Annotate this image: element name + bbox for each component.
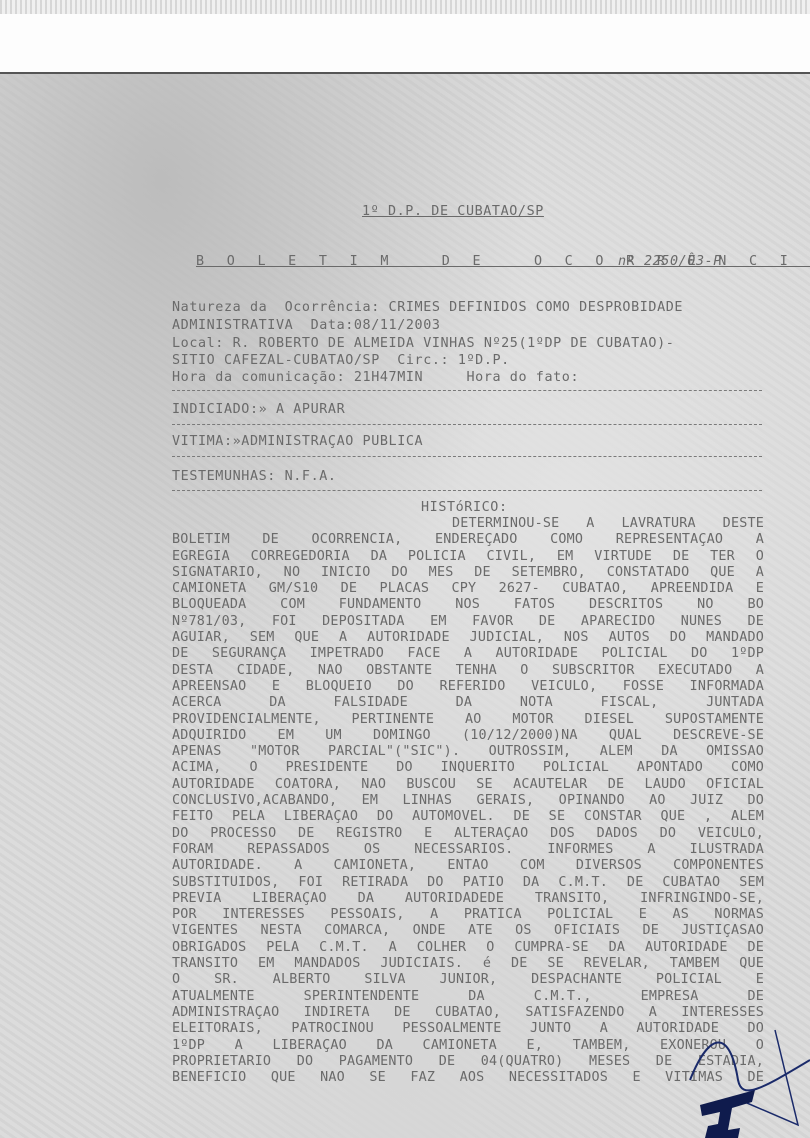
historico-line: O SR. ALBERTO SILVA JUNIOR, DESPACHANTE …: [172, 972, 764, 988]
historico-line: ACERCA DA FALSIDADE DA NOTA FISCAL, JUNT…: [172, 695, 764, 711]
historico-line: EGREGIA CORREGEDORIA DA POLICIA CIVIL, E…: [172, 549, 764, 565]
historico-line: VIGENTES NESTA COMARCA, ONDE ATE OS OFIC…: [172, 923, 764, 939]
time-line: Hora da comunicação: 21H47MIN Hora do fa…: [172, 370, 579, 385]
historico-line: AGUIAR, SEM QUE A AUTORIDADE JUDICIAL, N…: [172, 630, 764, 646]
historico-line: ACIMA, O PRESIDENTE DO INQUERITO POLICIA…: [172, 760, 764, 776]
department-heading: 1º D.P. DE CUBATAO/SP: [362, 204, 544, 219]
historico-line: ELEITORAIS, PATROCINOU PESSOALMENTE JUNT…: [172, 1021, 764, 1037]
historico-line: BOLETIM DE OCORRENCIA, ENDEREÇADO COMO R…: [172, 532, 764, 548]
historico-line: 1ºDP A LIBERAÇAO DA CAMIONETA E, TAMBEM,…: [172, 1038, 764, 1054]
historico-body: DETERMINOU-SE A LAVRATURA DESTEBOLETIM D…: [172, 516, 764, 1086]
vitima-field: VITIMA:»ADMINISTRAÇAO PUBLICA: [172, 434, 423, 449]
historico-line: PREVIA LIBERAÇAO DA AUTORIDADEDE TRANSIT…: [172, 891, 764, 907]
historico-line: Nº781/03, FOI DEPOSITADA EM FAVOR DE APA…: [172, 614, 764, 630]
historico-line: OBRIGADOS PELA C.M.T. A COLHER O CUMPRA-…: [172, 940, 764, 956]
historico-line: DE SEGURANÇA IMPETRADO FACE A AUTORIDADE…: [172, 646, 764, 662]
historico-line: AUTORIDADE. A CAMIONETA, ENTAO COM DIVER…: [172, 858, 764, 874]
scan-top-strip: [0, 0, 810, 74]
historico-line: CAMIONETA GM/S10 DE PLACAS CPY 2627- CUB…: [172, 581, 764, 597]
historico-line: SUBSTITUIDOS, FOI RETIRADA DO PATIO DA C…: [172, 875, 764, 891]
historico-line: PROPRIETARIO DO PAGAMENTO DE 04(QUATRO) …: [172, 1054, 764, 1070]
historico-line: BENEFICIO QUE NAO SE FAZ AOS NECESSITADO…: [172, 1070, 764, 1086]
divider: [172, 456, 762, 457]
scan-noise: [0, 0, 810, 14]
historico-line: POR INTERESSES PESSOAIS, A PRATICA POLIC…: [172, 907, 764, 923]
divider: [172, 490, 762, 491]
historico-line: DESTA CIDADE, NAO OBSTANTE TENHA O SUBSC…: [172, 663, 764, 679]
testemunhas-field: TESTEMUNHAS: N.F.A.: [172, 469, 337, 484]
historico-line: ADQUIRIDO EM UM DOMINGO (10/12/2000)NA Q…: [172, 728, 764, 744]
historico-heading: HISTóRICO:: [421, 500, 508, 515]
historico-line: ATUALMENTE SPERINTENDENTE DA C.M.T., EMP…: [172, 989, 764, 1005]
divider: [172, 390, 762, 391]
historico-line: DETERMINOU-SE A LAVRATURA DESTE: [172, 516, 764, 532]
historico-line: APREENSAO E BLOQUEIO DO REFERIDO VEICULO…: [172, 679, 764, 695]
historico-line: PROVIDENCIALMENTE, PERTINENTE AO MOTOR D…: [172, 712, 764, 728]
historico-line: ADMINISTRAÇAO INDIRETA DE CUBATAO, SATIS…: [172, 1005, 764, 1021]
historico-line: FEITO PELA LIBERAÇAO DO AUTOMOVEL. DE SE…: [172, 809, 764, 825]
location-line-2: SITIO CAFEZAL-CUBATAO/SP Circ.: 1ºD.P.: [172, 353, 510, 368]
historico-line: APENAS "MOTOR PARCIAL"("SIC"). OUTROSSIM…: [172, 744, 764, 760]
nature-line: Natureza da Ocorrência: CRIMES DEFINIDOS…: [172, 300, 683, 315]
historico-line: BLOQUEADA COM FUNDAMENTO NOS FATOS DESCR…: [172, 597, 764, 613]
location-line: Local: R. ROBERTO DE ALMEIDA VINHAS Nº25…: [172, 336, 674, 351]
divider: [172, 424, 762, 425]
historico-line: CONCLUSIVO,ACABANDO, EM LINHAS GERAIS, O…: [172, 793, 764, 809]
historico-line: TRANSITO EM MANDADOS JUDICIAIS. é DE SE …: [172, 956, 764, 972]
date-line: ADMINISTRATIVA Data:08/11/2003: [172, 318, 441, 333]
historico-line: SIGNATARIO, NO INICIO DO MES DE SETEMBRO…: [172, 565, 764, 581]
occurrence-number: nº 2250/03-P: [618, 254, 722, 269]
indiciado-field: INDICIADO:» A APURAR: [172, 402, 345, 417]
historico-line: FORAM REPASSADOS OS NECESSARIOS. INFORME…: [172, 842, 764, 858]
historico-line: AUTORIDADE COATORA, NAO BUSCOU SE ACAUTE…: [172, 777, 764, 793]
historico-line: DO PROCESSO DE REGISTRO E ALTERAÇAO DOS …: [172, 826, 764, 842]
signature-mark: [680, 1020, 810, 1138]
